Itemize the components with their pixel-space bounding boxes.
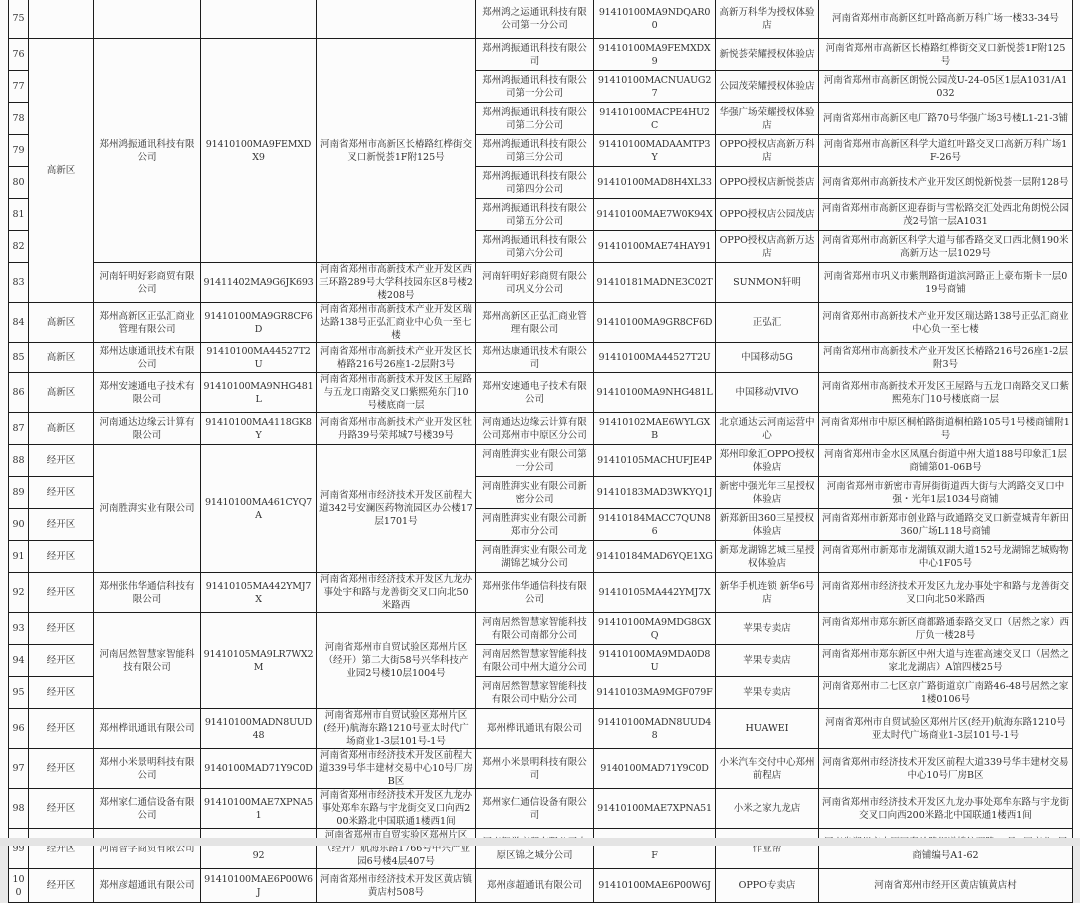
credit-code: 91410100MA9NHG481L xyxy=(201,373,317,413)
branch-name: 郑州张伟华通信科技有限公司 xyxy=(476,573,594,613)
store-name: 苹果专卖店 xyxy=(716,613,819,645)
store-name: 郑州印象汇OPPO授权体验店 xyxy=(716,445,819,477)
store-address: 河南省郑州市金水区凤凰台街道中州大道188号印象汇1层商铺第01-06B号 xyxy=(819,445,1073,477)
branch-credit-code: 91410100MACNUAUG27 xyxy=(594,71,716,103)
store-name: 公园茂荣耀授权体验店 xyxy=(716,71,819,103)
store-address: 河南省郑州市高新区电厂路70号华强广场3号楼L1-21-3铺 xyxy=(819,103,1073,135)
branch-name: 河南居然智慧家智能科技有限公司中州大道分公司 xyxy=(476,645,594,677)
branch-name: 郑州安速通电子技术有限公司 xyxy=(476,373,594,413)
branch-name: 郑州鸿振通讯科技有限公司第一分公司 xyxy=(476,71,594,103)
credit-code: 91410105MA442YMJ7X xyxy=(201,573,317,613)
district-cell: 经开区 xyxy=(29,749,94,789)
table-row: 85高新区郑州达康通讯技术有限公司91410100MA44527T2U河南省郑州… xyxy=(9,343,1073,373)
district-cell xyxy=(29,0,94,39)
page-bottom-margin xyxy=(0,838,1080,846)
table-row: 76高新区郑州鸿振通讯科技有限公司91410100MA9FEMXDX9河南省郑州… xyxy=(9,39,1073,71)
branch-name: 郑州鸿振通讯科技有限公司 xyxy=(476,39,594,71)
branch-name: 河南居然智慧家智能科技有限公司南都分公司 xyxy=(476,613,594,645)
store-address: 河南省郑州市自贸试验区郑州片区(经开)航海东路1210号亚太时代广场商业1-3层… xyxy=(819,709,1073,749)
credit-code: 91410100MAE7XPNA51 xyxy=(201,789,317,829)
branch-credit-code: 91410183MAD3WKYQ1J xyxy=(594,477,716,509)
registered-address: 河南省郑州市自贸试验区郑州片区（经开）第二大街58号兴华科技产业园2号楼10层1… xyxy=(317,613,476,709)
branch-name: 河南胜湃实业有限公司龙湖锦艺城分公司 xyxy=(476,541,594,573)
branch-credit-code: 91410103MA9MGF079F xyxy=(594,677,716,709)
row-number: 90 xyxy=(9,509,29,541)
branch-name: 郑州鸿振通讯科技有限公司第五分公司 xyxy=(476,199,594,231)
row-number: 93 xyxy=(9,613,29,645)
company-name: 郑州鸿振通讯科技有限公司 xyxy=(94,39,201,263)
company-name: 郑州桦讯通讯有限公司 xyxy=(94,709,201,749)
district-cell: 经开区 xyxy=(29,477,94,509)
store-name: 中国移动VIVO xyxy=(716,373,819,413)
branch-credit-code: 91410100MACPE4HU2C xyxy=(594,103,716,135)
store-address: 河南省郑州市新密市青屏街街道西大街与大鸿路交叉口中强・光年1层1034号商铺 xyxy=(819,477,1073,509)
branch-name: 河南胜湃实业有限公司新郑市分公司 xyxy=(476,509,594,541)
branch-credit-code: 91410105MA442YMJ7X xyxy=(594,573,716,613)
document-page: 75郑州鸿之运通讯科技有限公司第一分公司91410100MA9NDQAR00高新… xyxy=(0,0,1080,846)
branch-credit-code: 91410100MADAAMTP3Y xyxy=(594,135,716,167)
company-name xyxy=(94,0,201,39)
row-number: 81 xyxy=(9,199,29,231)
company-name: 河南轩明好彩商贸有限公司 xyxy=(94,263,201,303)
district-cell: 高新区 xyxy=(29,39,94,303)
branch-credit-code: 91410100MA44527T2U xyxy=(594,343,716,373)
row-number: 75 xyxy=(9,0,29,39)
store-address: 河南省郑州市高新技术开发区王屋路与五龙口南路交叉口紫熙苑东门10号楼底商一层 xyxy=(819,373,1073,413)
branch-name: 河南胜湃实业有限公司第一分公司 xyxy=(476,445,594,477)
row-number: 92 xyxy=(9,573,29,613)
store-address: 河南省郑州市高新区迎春街与雪松路交汇处西北角朗悦公园茂2号馆一层A1031 xyxy=(819,199,1073,231)
company-name: 郑州小米景明科技有限公司 xyxy=(94,749,201,789)
district-cell: 高新区 xyxy=(29,413,94,445)
table-row: 97经开区郑州小米景明科技有限公司9140100MAD71Y9C0D河南省郑州市… xyxy=(9,749,1073,789)
registered-address: 河南省郑州市高新技术产业开发区瑞达路138号正弘汇商业中心负一至七楼 xyxy=(317,303,476,343)
branch-name: 郑州鸿振通讯科技有限公司第六分公司 xyxy=(476,231,594,263)
branch-credit-code: 91410100MADN8UUD48 xyxy=(594,709,716,749)
store-address: 河南省郑州市高新区科学大道红叶路交叉口高新万科广场1F-26号 xyxy=(819,135,1073,167)
registered-address: 河南省郑州市高新技术开发区王屋路与五龙口南路交叉口紫熙苑东门10号楼底商一层 xyxy=(317,373,476,413)
table-row: 86高新区郑州安速通电子技术有限公司91410100MA9NHG481L河南省郑… xyxy=(9,373,1073,413)
company-name: 河南通达边缘云计算有限公司 xyxy=(94,413,201,445)
store-name: 新华手机连锁 新华6号店 xyxy=(716,573,819,613)
store-name: 小米之家九龙店 xyxy=(716,789,819,829)
store-name: OPPO授权店高新万科店 xyxy=(716,135,819,167)
district-cell: 高新区 xyxy=(29,373,94,413)
branch-credit-code: 91410184MACC7QUN86 xyxy=(594,509,716,541)
branch-name: 河南胜湃实业有限公司新密分公司 xyxy=(476,477,594,509)
table-row: 93经开区河南居然智慧家智能科技有限公司91410105MA9LR7WX2M河南… xyxy=(9,613,1073,645)
table-row: 96经开区郑州桦讯通讯有限公司91410100MADN8UUD48河南省郑州市自… xyxy=(9,709,1073,749)
credit-code: 91410100MA9FEMXDX9 xyxy=(201,39,317,263)
district-cell: 经开区 xyxy=(29,709,94,749)
table-row: 84高新区郑州高新区正弘汇商业管理有限公司91410100MA9GR8CF6D河… xyxy=(9,303,1073,343)
branch-credit-code: 91410100MAE7W0K94X xyxy=(594,199,716,231)
store-name: 苹果专卖店 xyxy=(716,645,819,677)
branch-credit-code: 91410102MAE6WYLGXB xyxy=(594,413,716,445)
district-cell: 经开区 xyxy=(29,541,94,573)
store-name: OPPO授权店公园茂店 xyxy=(716,199,819,231)
credit-code: 91410100MA44527T2U xyxy=(201,343,317,373)
store-name: OPPO授权店新悦荟店 xyxy=(716,167,819,199)
row-number: 85 xyxy=(9,343,29,373)
branch-credit-code: 91410100MA9NDQAR00 xyxy=(594,0,716,39)
store-address: 河南省郑州市高新技术产业开发区瑞达路138号正弘汇商业中心负一至七楼 xyxy=(819,303,1073,343)
district-cell: 经开区 xyxy=(29,445,94,477)
row-number: 88 xyxy=(9,445,29,477)
branch-name: 郑州鸿之运通讯科技有限公司第一分公司 xyxy=(476,0,594,39)
store-name: OPPO授权店高新万达店 xyxy=(716,231,819,263)
branch-credit-code: 91410100MA9MDG8GXQ xyxy=(594,613,716,645)
branch-name: 郑州高新区正弘汇商业管理有限公司 xyxy=(476,303,594,343)
branch-credit-code: 91410100MAE74HAY91 xyxy=(594,231,716,263)
store-address: 河南省郑州市高新区科学大道与郁香路交叉口西北侧190米高新万达一层1029号 xyxy=(819,231,1073,263)
branch-credit-code: 91410100MA9MDA0D8U xyxy=(594,645,716,677)
row-number: 82 xyxy=(9,231,29,263)
credit-code: 91410100MA4118GK8Y xyxy=(201,413,317,445)
registered-address: 河南省郑州市经济技术开发区前程大道342号安澜医药物流园区办公楼17层1701号 xyxy=(317,445,476,573)
table-row: 87高新区河南通达边缘云计算有限公司91410100MA4118GK8Y河南省郑… xyxy=(9,413,1073,445)
row-number: 91 xyxy=(9,541,29,573)
company-name: 郑州高新区正弘汇商业管理有限公司 xyxy=(94,303,201,343)
credit-code xyxy=(201,0,317,39)
branch-name: 河南通达边缘云计算有限公司郑州市中原区分公司 xyxy=(476,413,594,445)
branch-name: 河南轩明好彩商贸有限公司巩义分公司 xyxy=(476,263,594,303)
store-name: 小米汽车交付中心郑州前程店 xyxy=(716,749,819,789)
branch-name: 郑州鸿振通讯科技有限公司第四分公司 xyxy=(476,167,594,199)
store-name: 苹果专卖店 xyxy=(716,677,819,709)
credit-code: 91410100MA461CYQ7A xyxy=(201,445,317,573)
registered-address: 河南省郑州市自贸试验区郑州片区(经开)航海东路1210号亚太时代广场商业1-3层… xyxy=(317,709,476,749)
branch-credit-code: 91410100MA9NHG481L xyxy=(594,373,716,413)
store-name: 新悦荟荣耀授权体验店 xyxy=(716,39,819,71)
registered-address: 河南省郑州市经济技术开发区前程大道339号华丰建材交易中心10号厂房B区 xyxy=(317,749,476,789)
company-name: 河南胜湃实业有限公司 xyxy=(94,445,201,573)
store-name: 新郑龙湖锦艺城三星授权体验店 xyxy=(716,541,819,573)
store-name: 中国移动5G xyxy=(716,343,819,373)
district-cell: 高新区 xyxy=(29,343,94,373)
row-number: 94 xyxy=(9,645,29,677)
store-address: 河南省郑州市高新技术产业开发区朗悦新悦荟一层附128号 xyxy=(819,167,1073,199)
company-name: 郑州安速通电子技术有限公司 xyxy=(94,373,201,413)
store-address: 河南省郑州市高新区长椿路红桦街交叉口新悦荟1F附125号 xyxy=(819,39,1073,71)
table-row: 88经开区河南胜湃实业有限公司91410100MA461CYQ7A河南省郑州市经… xyxy=(9,445,1073,477)
store-name: 北京通达云河南运营中心 xyxy=(716,413,819,445)
branch-credit-code: 91410100MA9GR8CF6D xyxy=(594,303,716,343)
store-name: 高新万科华为授权体验店 xyxy=(716,0,819,39)
store-name: HUAWEI xyxy=(716,709,819,749)
branch-name: 郑州鸿振通讯科技有限公司第三分公司 xyxy=(476,135,594,167)
store-name: 新密中强光年三星授权体验店 xyxy=(716,477,819,509)
company-name: 河南居然智慧家智能科技有限公司 xyxy=(94,613,201,709)
row-number: 89 xyxy=(9,477,29,509)
branch-name: 郑州家仁通信设备有限公司 xyxy=(476,789,594,829)
branch-credit-code: 91410100MAE7XPNA51 xyxy=(594,789,716,829)
store-registry-table: 75郑州鸿之运通讯科技有限公司第一分公司91410100MA9NDQAR00高新… xyxy=(8,0,1073,846)
row-number: 98 xyxy=(9,789,29,829)
registered-address: 河南省郑州市经济技术开发区九龙办事处宇和路与龙善街交叉口向北50米路西 xyxy=(317,573,476,613)
row-number: 83 xyxy=(9,263,29,303)
branch-credit-code: 91410184MAD6YQE1XG xyxy=(594,541,716,573)
store-address: 河南省郑州市经济技术开发区九龙办事处郑牟东路与宇龙街交叉口向西200米路北中国联… xyxy=(819,789,1073,829)
registered-address: 河南省郑州市高新技术产业开发区西三环路289号大学科技园东区8号楼2楼208号 xyxy=(317,263,476,303)
branch-credit-code: 9140100MAD71Y9C0D xyxy=(594,749,716,789)
table-body: 75郑州鸿之运通讯科技有限公司第一分公司91410100MA9NDQAR00高新… xyxy=(9,0,1073,846)
store-address: 河南省郑州市郑东新区中州大道与连霍高速交叉口（居然之家北龙湖店）A馆四楼25号 xyxy=(819,645,1073,677)
store-address: 河南省郑州市高新区朗悦公园茂U-24-05区1层A1031/A1032 xyxy=(819,71,1073,103)
store-address: 河南省郑州市高新区红叶路高新万科广场一楼33-34号 xyxy=(819,0,1073,39)
credit-code: 91411402MA9G6JK693 xyxy=(201,263,317,303)
branch-name: 郑州小米景明科技有限公司 xyxy=(476,749,594,789)
store-address: 河南省郑州市新郑市创业路与政通路交叉口新壹城青年新田360广场L118号商铺 xyxy=(819,509,1073,541)
row-number: 84 xyxy=(9,303,29,343)
row-number: 78 xyxy=(9,103,29,135)
branch-credit-code: 91410181MADNE3C02T xyxy=(594,263,716,303)
branch-credit-code: 91410105MACHUFJE4P xyxy=(594,445,716,477)
company-name: 郑州家仁通信设备有限公司 xyxy=(94,789,201,829)
company-name: 郑州张伟华通信科技有限公司 xyxy=(94,573,201,613)
table-row: 98经开区郑州家仁通信设备有限公司91410100MAE7XPNA51河南省郑州… xyxy=(9,789,1073,829)
store-address: 河南省郑州市巩义市紫荆路街道滨河路正上豪布斯卡一层019号商铺 xyxy=(819,263,1073,303)
table-row: 83河南轩明好彩商贸有限公司91411402MA9G6JK693河南省郑州市高新… xyxy=(9,263,1073,303)
row-number: 96 xyxy=(9,709,29,749)
branch-name: 郑州桦讯通讯有限公司 xyxy=(476,709,594,749)
row-number: 87 xyxy=(9,413,29,445)
row-number: 79 xyxy=(9,135,29,167)
row-number: 76 xyxy=(9,39,29,71)
credit-code: 91410100MADN8UUD48 xyxy=(201,709,317,749)
store-name: 华强广场荣耀授权体验店 xyxy=(716,103,819,135)
registered-address: 河南省郑州市经济技术开发区九龙办事处郑牟东路与宇龙街交叉口向西200米路北中国联… xyxy=(317,789,476,829)
row-number: 86 xyxy=(9,373,29,413)
credit-code: 9140100MAD71Y9C0D xyxy=(201,749,317,789)
row-number: 95 xyxy=(9,677,29,709)
store-address: 河南省郑州市高新技术产业开发区长椿路216号26座1-2层附3号 xyxy=(819,343,1073,373)
row-number: 80 xyxy=(9,167,29,199)
district-cell: 高新区 xyxy=(29,303,94,343)
district-cell: 经开区 xyxy=(29,509,94,541)
district-cell: 经开区 xyxy=(29,613,94,645)
district-cell: 经开区 xyxy=(29,645,94,677)
row-number: 97 xyxy=(9,749,29,789)
registered-address: 河南省郑州市高新区长椿路红桦街交叉口新悦荟1F附125号 xyxy=(317,39,476,263)
table-row: 75郑州鸿之运通讯科技有限公司第一分公司91410100MA9NDQAR00高新… xyxy=(9,0,1073,39)
row-number: 77 xyxy=(9,71,29,103)
store-address: 河南省郑州市经济技术开发区前程大道339号华丰建材交易中心10号厂房B区 xyxy=(819,749,1073,789)
branch-credit-code: 91410100MA9FEMXDX9 xyxy=(594,39,716,71)
district-cell: 经开区 xyxy=(29,789,94,829)
registered-address: 河南省郑州市高新技术产业开发区牡丹路39号荣邦城7号楼39号 xyxy=(317,413,476,445)
store-address: 河南省郑州市中原区桐柏路街道桐柏路105号1号楼商铺附1号 xyxy=(819,413,1073,445)
store-name: 新郑新田360三星授权体验店 xyxy=(716,509,819,541)
registered-address xyxy=(317,0,476,39)
store-address: 河南省郑州市二七区京广路街道京广南路46-48号居然之家1楼0106号 xyxy=(819,677,1073,709)
store-address: 河南省郑州市郑东新区商都路通泰路交叉口（居然之家）西厅负一楼28号 xyxy=(819,613,1073,645)
district-cell: 经开区 xyxy=(29,677,94,709)
store-name: SUNMON轩明 xyxy=(716,263,819,303)
branch-credit-code: 91410100MAD8H4XL33 xyxy=(594,167,716,199)
branch-name: 河南居然智慧家智能科技有限公司中贴分公司 xyxy=(476,677,594,709)
district-cell: 经开区 xyxy=(29,573,94,613)
credit-code: 91410105MA9LR7WX2M xyxy=(201,613,317,709)
branch-name: 郑州鸿振通讯科技有限公司第二分公司 xyxy=(476,103,594,135)
company-name: 郑州达康通讯技术有限公司 xyxy=(94,343,201,373)
credit-code: 91410100MA9GR8CF6D xyxy=(201,303,317,343)
table-row: 92经开区郑州张伟华通信科技有限公司91410105MA442YMJ7X河南省郑… xyxy=(9,573,1073,613)
store-address: 河南省郑州市新郑市龙湖镇双湖大道152号龙湖锦艺城购物中心1F05号 xyxy=(819,541,1073,573)
registered-address: 河南省郑州市高新技术产业开发区长椿路216号26座1-2层附3号 xyxy=(317,343,476,373)
store-address: 河南省郑州市经济技术开发区九龙办事处宇和路与龙善街交叉口向北50米路西 xyxy=(819,573,1073,613)
store-name: 正弘汇 xyxy=(716,303,819,343)
branch-name: 郑州达康通讯技术有限公司 xyxy=(476,343,594,373)
